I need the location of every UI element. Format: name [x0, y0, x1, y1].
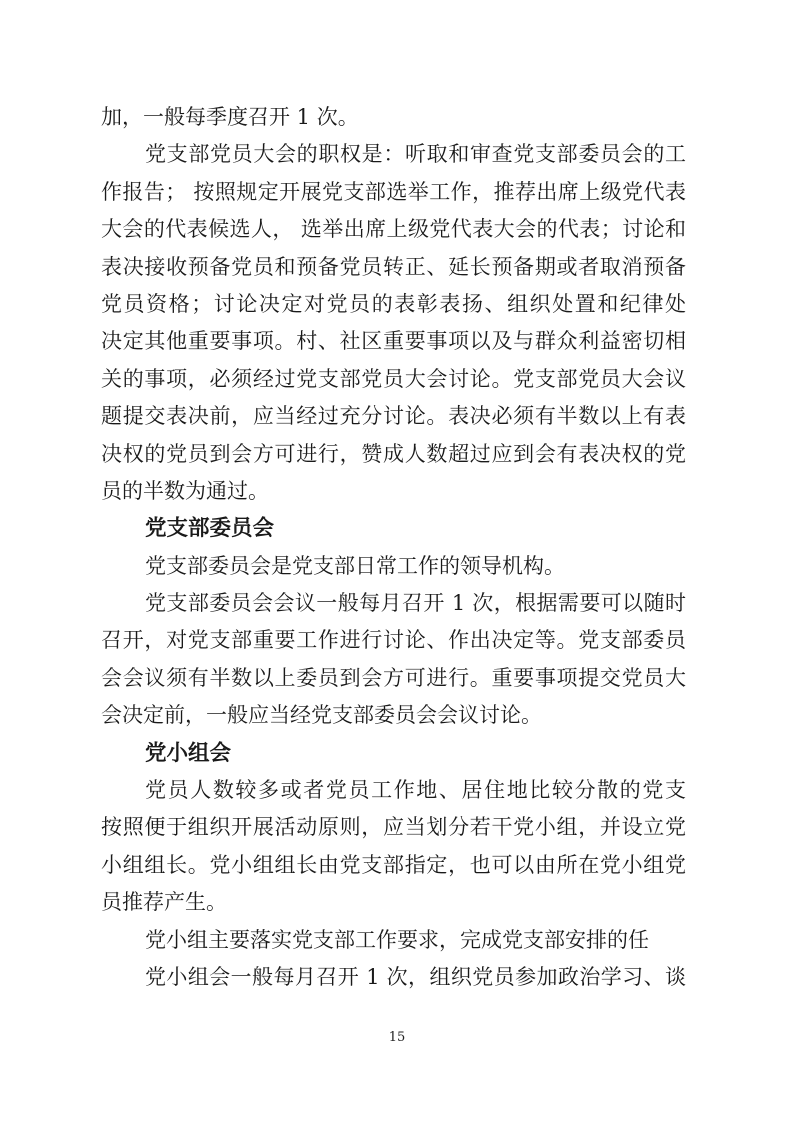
heading-branch-committee: 党支部委员会 — [101, 510, 686, 547]
body-line: 大会的代表候选人， 选举出席上级党代表大会的代表；讨论和 — [101, 211, 686, 248]
body-line: 小组组长。党小组组长由党支部指定，也可以由所在党小组党 — [101, 847, 686, 884]
body-line: 党支部委员会是党支部日常工作的领导机构。 — [101, 548, 686, 585]
document-page: 加，一般每季度召开 1 次。 党支部党员大会的职权是：听取和审查党支部委员会的工… — [0, 0, 794, 1123]
body-line: 关的事项，必须经过党支部党员大会讨论。党支部党员大会议 — [101, 361, 686, 398]
heading-party-group: 党小组会 — [101, 735, 686, 772]
body-line: 党支部党员大会的职权是：听取和审查党支部委员会的工 — [101, 136, 686, 173]
body-line: 召开，对党支部重要工作进行讨论、作出决定等。党支部委员 — [101, 622, 686, 659]
body-line: 党小组会一般每月召开 1 次，组织党员参加政治学习、谈 — [101, 959, 686, 996]
body-line: 题提交表决前，应当经过充分讨论。表决必须有半数以上有表 — [101, 398, 686, 435]
body-line: 党员人数较多或者党员工作地、居住地比较分散的党支部， — [101, 772, 686, 809]
page-number: 15 — [0, 1030, 794, 1045]
body-line: 按照便于组织开展活动原则，应当划分若干党小组，并设立党 — [101, 809, 686, 846]
body-line: 会会议须有半数以上委员到会方可进行。重要事项提交党员大 — [101, 660, 686, 697]
body-line: 党员资格；讨论决定对党员的表彰表扬、组织处置和纪律处分； — [101, 286, 686, 323]
body-line: 表决接收预备党员和预备党员转正、延长预备期或者取消预备 — [101, 249, 686, 286]
body-line: 决定其他重要事项。村、社区重要事项以及与群众利益密切相 — [101, 323, 686, 360]
body-line: 员的半数为通过。 — [101, 473, 686, 510]
document-body: 加，一般每季度召开 1 次。 党支部党员大会的职权是：听取和审查党支部委员会的工… — [101, 99, 686, 996]
body-line: 加，一般每季度召开 1 次。 — [101, 99, 686, 136]
body-line: 会决定前，一般应当经党支部委员会会议讨论。 — [101, 697, 686, 734]
body-line: 党小组主要落实党支部工作要求，完成党支部安排的任务。 — [101, 922, 686, 959]
body-line: 党支部委员会会议一般每月召开 1 次，根据需要可以随时 — [101, 585, 686, 622]
body-line: 作报告； 按照规定开展党支部选举工作，推荐出席上级党代表 — [101, 174, 686, 211]
body-line: 员推荐产生。 — [101, 884, 686, 921]
body-line: 决权的党员到会方可进行，赞成人数超过应到会有表决权的党 — [101, 436, 686, 473]
